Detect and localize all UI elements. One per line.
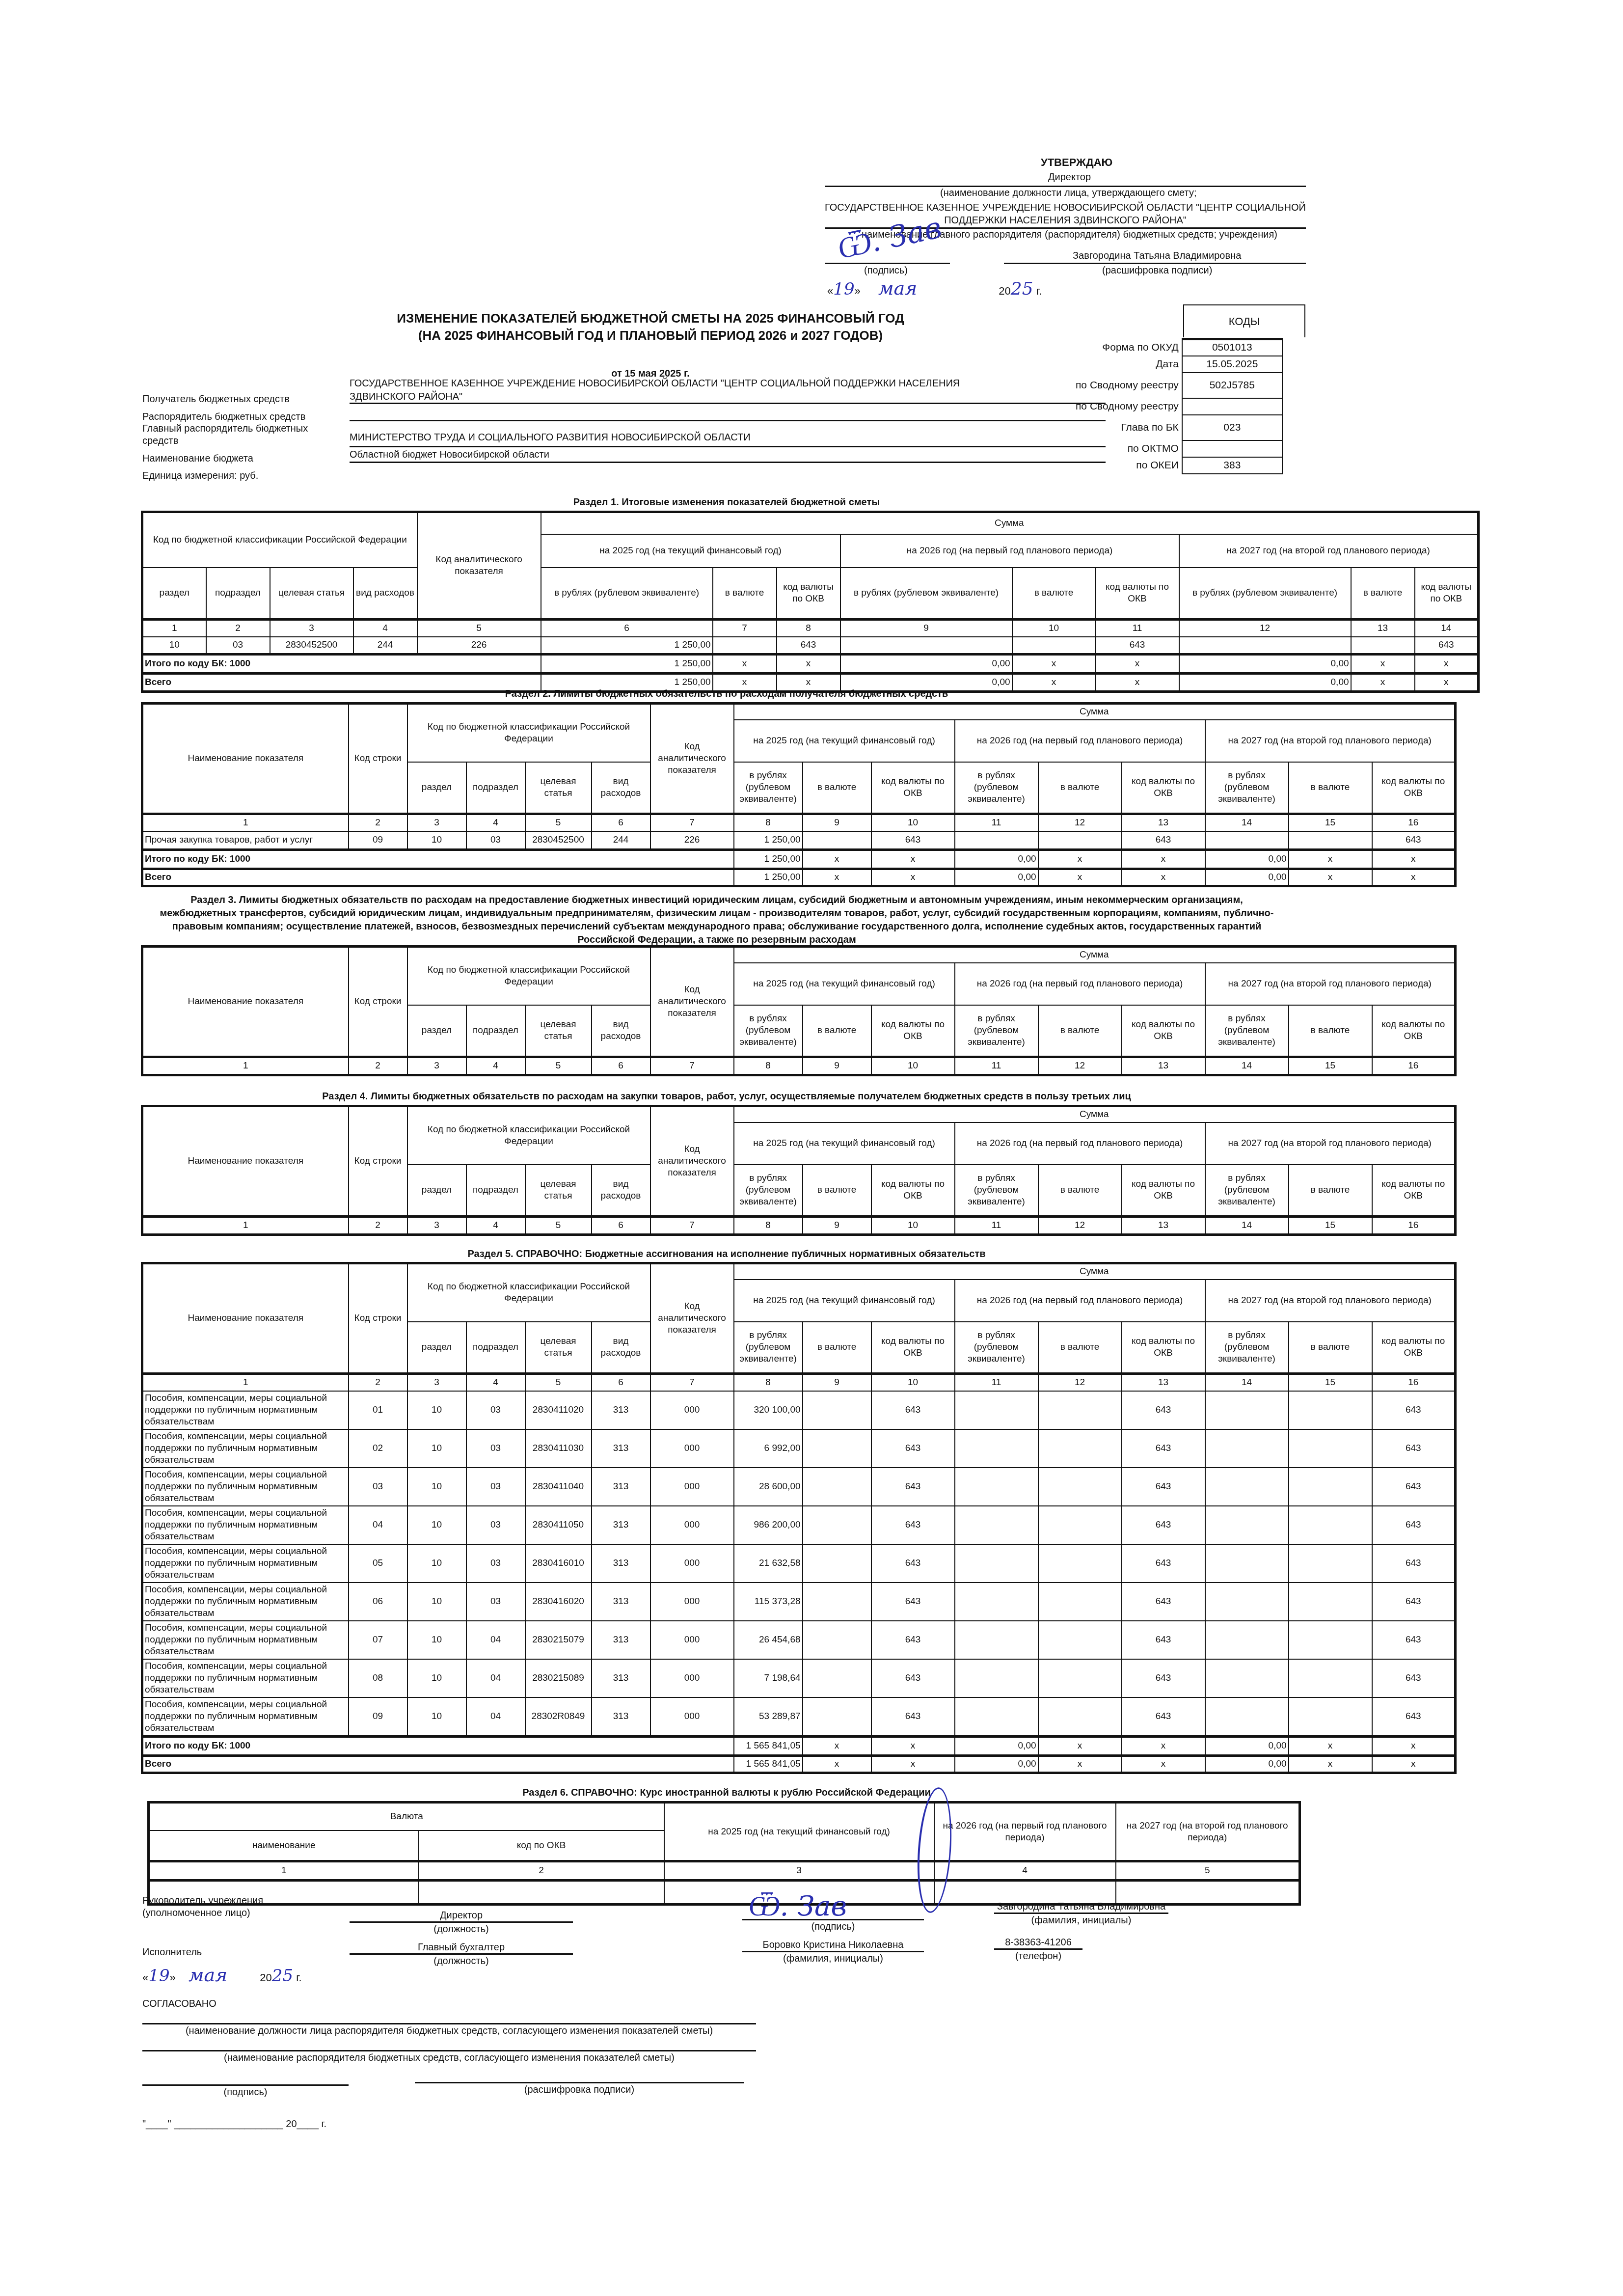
table-cell: в валюте: [1289, 762, 1372, 814]
code-label: по ОКТМО: [1075, 440, 1182, 457]
sum-2026-rub: [840, 637, 1012, 655]
table-cell: код валюты по ОКВ: [871, 1005, 955, 1057]
agreed-name-caption: (расшифровка подписи): [415, 2084, 744, 2096]
column-number: 2: [206, 620, 270, 637]
table-row: Итого по коду БК: 10001 250,00xx0,00xx0,…: [142, 655, 1479, 674]
divider: [142, 2023, 756, 2024]
table-cell: на 2025 год (на текущий финансовый год): [664, 1803, 934, 1861]
table-cell: Код аналитического показателя: [650, 704, 734, 814]
codes-table: Форма по ОКУД0501013Дата15.05.2025по Сво…: [1075, 338, 1283, 474]
sum-2027-cur: x: [1351, 674, 1415, 692]
sum-2025-okv: 643: [871, 831, 955, 850]
signature-caption: (подпись): [742, 1921, 924, 1933]
table-cell: на 2025 год (на текущий финансовый год): [734, 1122, 955, 1165]
code-value: [1182, 398, 1282, 415]
sum-2027-cur: x: [1289, 1737, 1372, 1756]
table-cell: 2830411050: [525, 1506, 592, 1544]
table-cell: код валюты по ОКВ: [1122, 1165, 1205, 1217]
sum-2027-rub: 0,00: [1205, 1737, 1289, 1756]
table-cell: 10: [407, 1583, 466, 1621]
table-row: Итого по коду БК: 10001 250,00xx0,00xx0,…: [142, 850, 1456, 869]
executor-position: Главный бухгалтер: [350, 1942, 573, 1953]
sum-2027-cur: x: [1289, 1756, 1372, 1773]
table-cell: Код по бюджетной классификации Российско…: [407, 1263, 650, 1322]
column-number: 14: [1205, 1374, 1289, 1392]
table-cell: 226: [650, 831, 734, 850]
executor-phone: 8-38363-41206: [994, 1937, 1082, 1948]
total-label: Итого по коду БК: 1000: [142, 655, 541, 674]
divider: [142, 2084, 349, 2086]
sum-2026-rub: [955, 1621, 1038, 1659]
table-cell: 03: [206, 637, 270, 655]
sum-2027-okv: x: [1415, 674, 1479, 692]
table-cell: 09: [349, 1697, 407, 1737]
table-cell: 03: [466, 1544, 525, 1583]
sum-2026-rub: 0,00: [955, 1737, 1038, 1756]
column-number: 2: [349, 814, 407, 832]
table-cell: Сумма: [734, 1263, 1456, 1280]
agreed-label: СОГЛАСОВАНО: [142, 1998, 216, 2010]
sum-2025-cur: x: [803, 1737, 871, 1756]
sum-2026-okv: 643: [1096, 637, 1179, 655]
column-number: 15: [1289, 1374, 1372, 1392]
table-cell: Код аналитического показателя: [650, 1106, 734, 1217]
column-number: 8: [734, 1374, 803, 1392]
executor-label: Исполнитель: [142, 1947, 202, 1958]
table-cell: Наименование показателя: [142, 704, 349, 814]
table-cell: в рублях (рублевом эквиваленте): [955, 1005, 1038, 1057]
table-cell: 244: [353, 637, 417, 655]
column-number: 13: [1122, 1374, 1205, 1392]
date-year: 25: [272, 1966, 293, 1986]
sum-2027-rub: [1205, 1429, 1289, 1468]
code-value: 502J5785: [1182, 373, 1282, 398]
table-cell: подраздел: [466, 1165, 525, 1217]
column-number: 2: [349, 1057, 407, 1075]
table-cell: на 2026 год (на первый год планового пер…: [934, 1803, 1116, 1861]
sum-2026-okv: x: [1122, 1737, 1205, 1756]
sum-2027-okv: 643: [1415, 637, 1479, 655]
manager-label: Распорядитель бюджетных средств: [142, 411, 305, 423]
table-cell: в рублях (рублевом эквиваленте): [840, 568, 1012, 620]
indicator-name: Пособия, компенсации, меры социальной по…: [142, 1583, 349, 1621]
head-label-1: Руководитель учреждения: [142, 1895, 263, 1907]
table-cell: 10: [407, 1621, 466, 1659]
sum-2025-okv: 643: [777, 637, 840, 655]
code-label: по Сводному реестру: [1075, 373, 1182, 398]
sum-2026-cur: [1038, 1429, 1122, 1468]
table-cell: 04: [466, 1697, 525, 1737]
table-cell: 2830411030: [525, 1429, 592, 1468]
table-cell: 000: [650, 1697, 734, 1737]
table-row: 100328304525002442261 250,00643643643: [142, 637, 1479, 655]
section5-table: Наименование показателяКод строкиКод по …: [141, 1262, 1457, 1774]
table-row: Наименование показателяКод строкиКод по …: [142, 1106, 1456, 1123]
sum-2026-okv: 643: [1122, 1659, 1205, 1697]
table-cell: Код строки: [349, 1106, 407, 1217]
column-number: 5: [525, 1217, 592, 1235]
table-cell: на 2026 год (на первый год планового пер…: [955, 963, 1205, 1005]
sum-2026-okv: 643: [1122, 1391, 1205, 1429]
table-cell: 08: [349, 1659, 407, 1697]
table-cell: 313: [592, 1697, 650, 1737]
column-number: 5: [1116, 1861, 1300, 1881]
table-cell: код валюты по ОКВ: [1415, 568, 1479, 620]
sum-2026-okv: x: [1096, 655, 1179, 674]
table-row: по ОКТМО: [1075, 440, 1282, 457]
sum-2026-cur: x: [1012, 655, 1096, 674]
sum-2027-rub: [1205, 1468, 1289, 1506]
section2-title: Раздел 2. Лимиты бюджетных обязательств …: [137, 688, 1316, 700]
sum-2025-cur: [803, 1468, 871, 1506]
sum-2027-cur: [1289, 1583, 1372, 1621]
sum-2026-rub: 0,00: [955, 850, 1038, 869]
column-number: 4: [466, 1217, 525, 1235]
date-day: 19: [833, 279, 854, 299]
table-cell: 10: [142, 637, 206, 655]
column-number: 1: [142, 814, 349, 832]
sum-2026-okv: 643: [1122, 1544, 1205, 1583]
table-row: Пособия, компенсации, меры социальной по…: [142, 1506, 1456, 1544]
table-cell: код валюты по ОКВ: [1372, 1005, 1456, 1057]
sum-2027-rub: [1179, 637, 1351, 655]
column-number: 8: [777, 620, 840, 637]
table-cell: в рублях (рублевом эквиваленте): [955, 1322, 1038, 1374]
sum-2027-okv: x: [1372, 850, 1456, 869]
sum-2027-rub: [1205, 1506, 1289, 1544]
executor-name: Боровко Кристина Николаевна: [742, 1940, 924, 1951]
column-number: 10: [871, 1217, 955, 1235]
sum-2027-cur: [1289, 1621, 1372, 1659]
column-number: 15: [1289, 814, 1372, 832]
column-number: 15: [1289, 1057, 1372, 1075]
table-cell: 10: [407, 1391, 466, 1429]
table-row: Наименование показателяКод строкиКод по …: [142, 704, 1456, 720]
column-number: 5: [525, 814, 592, 832]
section6-table: Валютана 2025 год (на текущий финансовый…: [147, 1801, 1301, 1906]
handwritten-signature: Ѿ. Зав: [749, 1890, 847, 1922]
executor-date: «19» мая 2025 г.: [142, 1964, 302, 1986]
sum-2026-rub: [955, 1583, 1038, 1621]
table-cell: 04: [466, 1621, 525, 1659]
table-cell: 05: [349, 1544, 407, 1583]
sum-2026-okv: x: [1122, 1756, 1205, 1773]
table-cell: 2830452500: [525, 831, 592, 850]
divider: [142, 2050, 756, 2051]
approval-date: «19» мая 2025 г.: [827, 277, 1042, 299]
table-cell: Код по бюджетной классификации Российско…: [142, 512, 417, 568]
table-cell: 000: [650, 1583, 734, 1621]
code-value: [1182, 440, 1282, 457]
column-number: 1: [142, 1374, 349, 1392]
column-number: 14: [1205, 1217, 1289, 1235]
column-number: 8: [734, 1217, 803, 1235]
column-number: 6: [592, 1374, 650, 1392]
table-cell: раздел: [407, 762, 466, 814]
indicator-name: Пособия, компенсации, меры социальной по…: [142, 1429, 349, 1468]
budget-value: Областной бюджет Новосибирской области: [350, 449, 549, 461]
table-row: 12345678910111213141516: [142, 814, 1456, 832]
table-row: Дата15.05.2025: [1075, 356, 1282, 373]
fio-caption: (фамилия, инициалы): [994, 1915, 1168, 1926]
grand-total-label: Всего: [142, 1756, 734, 1773]
position-caption: (должность): [350, 1924, 573, 1935]
sum-2026-okv: 643: [1122, 1583, 1205, 1621]
table-cell: Код строки: [349, 947, 407, 1057]
budget-label: Наименование бюджета: [142, 453, 253, 465]
chief-manager-value: МИНИСТЕРСТВО ТРУДА И СОЦИАЛЬНОГО РАЗВИТИ…: [350, 432, 751, 443]
divider: [350, 462, 1106, 463]
column-number: 3: [407, 1374, 466, 1392]
sum-2027-rub: 0,00: [1205, 850, 1289, 869]
column-number: 16: [1372, 1217, 1456, 1235]
table-cell: Наименование показателя: [142, 1106, 349, 1217]
sum-2027-cur: [1351, 637, 1415, 655]
table-cell: 2830215079: [525, 1621, 592, 1659]
sum-2027-rub: [1205, 1697, 1289, 1737]
table-cell: в валюте: [1351, 568, 1415, 620]
table-cell: 03: [466, 1429, 525, 1468]
table-cell: в валюте: [803, 1005, 871, 1057]
table-cell: Наименование показателя: [142, 1263, 349, 1374]
column-number: 6: [592, 814, 650, 832]
sum-2026-rub: [955, 1659, 1038, 1697]
recipient-label: Получатель бюджетных средств: [142, 394, 290, 405]
date-month: мая: [189, 1964, 227, 1986]
table-cell: Сумма: [541, 512, 1479, 535]
table-cell: Код по бюджетной классификации Российско…: [407, 1106, 650, 1165]
sum-2027-okv: x: [1372, 1756, 1456, 1773]
fio-caption: (фамилия, инициалы): [742, 1953, 924, 1965]
column-number: 11: [955, 1057, 1038, 1075]
sum-2025-rub: 1 250,00: [734, 831, 803, 850]
table-cell: 313: [592, 1544, 650, 1583]
table-cell: в валюте: [1289, 1005, 1372, 1057]
sum-2025-cur: [803, 1544, 871, 1583]
table-cell: 313: [592, 1429, 650, 1468]
table-row: Всего1 250,00xx0,00xx0,00xx: [142, 869, 1456, 886]
sum-2026-cur: x: [1038, 869, 1122, 886]
indicator-name: Пособия, компенсации, меры социальной по…: [142, 1506, 349, 1544]
sum-2026-rub: [955, 831, 1038, 850]
sum-2025-cur: [803, 1697, 871, 1737]
column-number: 4: [353, 620, 417, 637]
table-cell: 01: [349, 1391, 407, 1429]
indicator-name: Пособия, компенсации, меры социальной по…: [142, 1621, 349, 1659]
table-cell: в валюте: [1289, 1322, 1372, 1374]
divider: [350, 446, 1106, 447]
chief-manager-label-1: Главный распорядитель бюджетных: [142, 423, 308, 435]
table-row: разделподразделцелевая статьявид расходо…: [142, 568, 1479, 620]
codes-title: КОДЫ: [1183, 304, 1305, 337]
column-number: 1: [149, 1861, 419, 1881]
table-row: 12345678910111213141516: [142, 1374, 1456, 1392]
column-number: 9: [803, 1374, 871, 1392]
column-number: 10: [1012, 620, 1096, 637]
chief-manager-label-2: средств: [142, 436, 178, 447]
table-cell: 02: [349, 1429, 407, 1468]
sum-2025-rub: 1 250,00: [541, 637, 713, 655]
sum-2027-cur: [1289, 1391, 1372, 1429]
column-number: 16: [1372, 1057, 1456, 1075]
sum-2026-cur: x: [1038, 850, 1122, 869]
table-cell: в валюте: [803, 762, 871, 814]
column-number: 11: [955, 1374, 1038, 1392]
sum-2025-rub: 6 992,00: [734, 1429, 803, 1468]
sum-2025-rub: 53 289,87: [734, 1697, 803, 1737]
table-cell: на 2027 год (на второй год планового пер…: [1205, 1122, 1456, 1165]
table-cell: 10: [407, 1506, 466, 1544]
table-cell: 03: [349, 1468, 407, 1506]
sum-2025-okv: x: [777, 655, 840, 674]
indicator-name: Прочая закупка товаров, работ и услуг: [142, 831, 349, 850]
sum-2025-okv: 643: [871, 1659, 955, 1697]
column-number: 13: [1122, 1217, 1205, 1235]
table-cell: на 2026 год (на первый год планового пер…: [955, 1122, 1205, 1165]
table-cell: 07: [349, 1621, 407, 1659]
sum-2026-cur: x: [1038, 1756, 1122, 1773]
column-number: 10: [871, 1057, 955, 1075]
sum-2027-cur: [1289, 1468, 1372, 1506]
table-cell: 2830215089: [525, 1659, 592, 1697]
sum-2027-okv: 643: [1372, 1506, 1456, 1544]
column-number: 6: [592, 1217, 650, 1235]
table-cell: 04: [466, 1659, 525, 1697]
table-cell: код валюты по ОКВ: [1122, 1322, 1205, 1374]
grand-total-label: Всего: [142, 869, 734, 886]
sum-2027-rub: [1205, 1583, 1289, 1621]
sum-2026-cur: [1038, 1544, 1122, 1583]
sum-2025-cur: [803, 1659, 871, 1697]
table-cell: на 2025 год (на текущий финансовый год): [734, 1280, 955, 1322]
sum-2026-cur: x: [1038, 1737, 1122, 1756]
table-row: Пособия, компенсации, меры социальной по…: [142, 1544, 1456, 1583]
table-cell: на 2026 год (на первый год планового пер…: [955, 720, 1205, 762]
table-cell: наименование: [149, 1831, 419, 1861]
table-cell: Код по бюджетной классификации Российско…: [407, 947, 650, 1006]
sum-2027-okv: 643: [1372, 1544, 1456, 1583]
divider: [994, 1913, 1168, 1914]
sum-2027-cur: [1289, 831, 1372, 850]
table-cell: код валюты по ОКВ: [1122, 1005, 1205, 1057]
table-cell: Код аналитического показателя: [650, 1263, 734, 1374]
head-position: Директор: [350, 1910, 573, 1921]
column-number: 13: [1122, 814, 1205, 832]
table-cell: в валюте: [803, 1165, 871, 1217]
sum-2027-okv: 643: [1372, 1429, 1456, 1468]
column-number: 7: [713, 620, 777, 637]
code-label: по Сводному реестру: [1075, 398, 1182, 415]
table-row: Пособия, компенсации, меры социальной по…: [142, 1468, 1456, 1506]
sum-2025-rub: 28 600,00: [734, 1468, 803, 1506]
column-number: 1: [142, 620, 206, 637]
sum-2026-okv: 643: [1122, 1621, 1205, 1659]
sum-2027-cur: [1289, 1429, 1372, 1468]
table-cell: 2830411040: [525, 1468, 592, 1506]
table-cell: код валюты по ОКВ: [871, 1322, 955, 1374]
column-number: 8: [734, 814, 803, 832]
table-cell: 000: [650, 1429, 734, 1468]
table-row: Наименование показателяКод строкиКод по …: [142, 947, 1456, 963]
sum-2025-okv: 643: [871, 1429, 955, 1468]
sum-2026-cur: [1038, 1583, 1122, 1621]
sum-2027-cur: x: [1351, 655, 1415, 674]
indicator-name: Пособия, компенсации, меры социальной по…: [142, 1391, 349, 1429]
column-number: 8: [734, 1057, 803, 1075]
table-cell: в рублях (рублевом эквиваленте): [734, 762, 803, 814]
table-row: Пособия, компенсации, меры социальной по…: [142, 1391, 1456, 1429]
column-number: 5: [417, 620, 541, 637]
sum-2025-rub: 1 565 841,05: [734, 1737, 803, 1756]
table-row: Пособия, компенсации, меры социальной по…: [142, 1621, 1456, 1659]
column-number: 2: [349, 1374, 407, 1392]
table-row: Форма по ОКУД0501013: [1075, 339, 1282, 356]
sum-2025-cur: x: [803, 850, 871, 869]
table-cell: 226: [417, 637, 541, 655]
table-cell: 313: [592, 1621, 650, 1659]
sum-2025-okv: x: [871, 1737, 955, 1756]
table-cell: в рублях (рублевом эквиваленте): [1205, 762, 1289, 814]
table-cell: вид расходов: [592, 1322, 650, 1374]
table-row: 1234567891011121314: [142, 620, 1479, 637]
table-cell: 313: [592, 1468, 650, 1506]
column-number: 4: [466, 814, 525, 832]
name-caption: (расшифровка подписи): [1102, 265, 1212, 276]
column-number: 9: [803, 814, 871, 832]
section6-title: Раздел 6. СПРАВОЧНО: Курс иностранной ва…: [137, 1787, 1316, 1799]
sum-2026-okv: 643: [1122, 1506, 1205, 1544]
table-cell: целевая статья: [270, 568, 353, 620]
sum-2026-cur: [1038, 1391, 1122, 1429]
sum-2027-okv: 643: [1372, 831, 1456, 850]
table-cell: в валюте: [1038, 1322, 1122, 1374]
table-cell: 03: [466, 1468, 525, 1506]
column-number: 3: [270, 620, 353, 637]
table-cell: 03: [466, 1583, 525, 1621]
sum-2027-okv: 643: [1372, 1391, 1456, 1429]
sum-2026-cur: [1038, 1506, 1122, 1544]
column-number: 11: [955, 1217, 1038, 1235]
table-cell: 244: [592, 831, 650, 850]
section3-title: Раздел 3. Лимиты бюджетных обязательств …: [152, 894, 1281, 947]
sum-2025-cur: x: [713, 655, 777, 674]
sum-2025-cur: [713, 637, 777, 655]
table-cell: в рублях (рублевом эквиваленте): [1205, 1005, 1289, 1057]
table-row: Итого по коду БК: 10001 565 841,05xx0,00…: [142, 1737, 1456, 1756]
table-cell: на 2027 год (на второй год планового пер…: [1179, 534, 1479, 568]
sum-2026-rub: [955, 1697, 1038, 1737]
sum-2027-rub: [1205, 831, 1289, 850]
section2-table: Наименование показателяКод строкиКод по …: [141, 702, 1457, 887]
table-cell: 2830416020: [525, 1583, 592, 1621]
table-cell: подраздел: [466, 1005, 525, 1057]
column-number: 7: [650, 1374, 734, 1392]
recipient-value-line1: ГОСУДАРСТВЕННОЕ КАЗЕННОЕ УЧРЕЖДЕНИЕ НОВО…: [350, 378, 960, 389]
section1-table: Код по бюджетной классификации Российско…: [141, 511, 1480, 693]
table-cell: целевая статья: [525, 1165, 592, 1217]
sum-2026-cur: [1012, 637, 1096, 655]
table-cell: на 2025 год (на текущий финансовый год): [734, 720, 955, 762]
table-cell: код валюты по ОКВ: [1372, 762, 1456, 814]
sum-2027-okv: 643: [1372, 1659, 1456, 1697]
agreed-caption-1: (наименование должности лица распорядите…: [142, 2025, 756, 2037]
table-cell: в рублях (рублевом эквиваленте): [734, 1322, 803, 1374]
sum-2025-cur: [803, 1429, 871, 1468]
column-number: 10: [871, 1374, 955, 1392]
sum-2025-rub: 1 250,00: [734, 869, 803, 886]
column-number: 16: [1372, 814, 1456, 832]
table-row: Пособия, компенсации, меры социальной по…: [142, 1697, 1456, 1737]
